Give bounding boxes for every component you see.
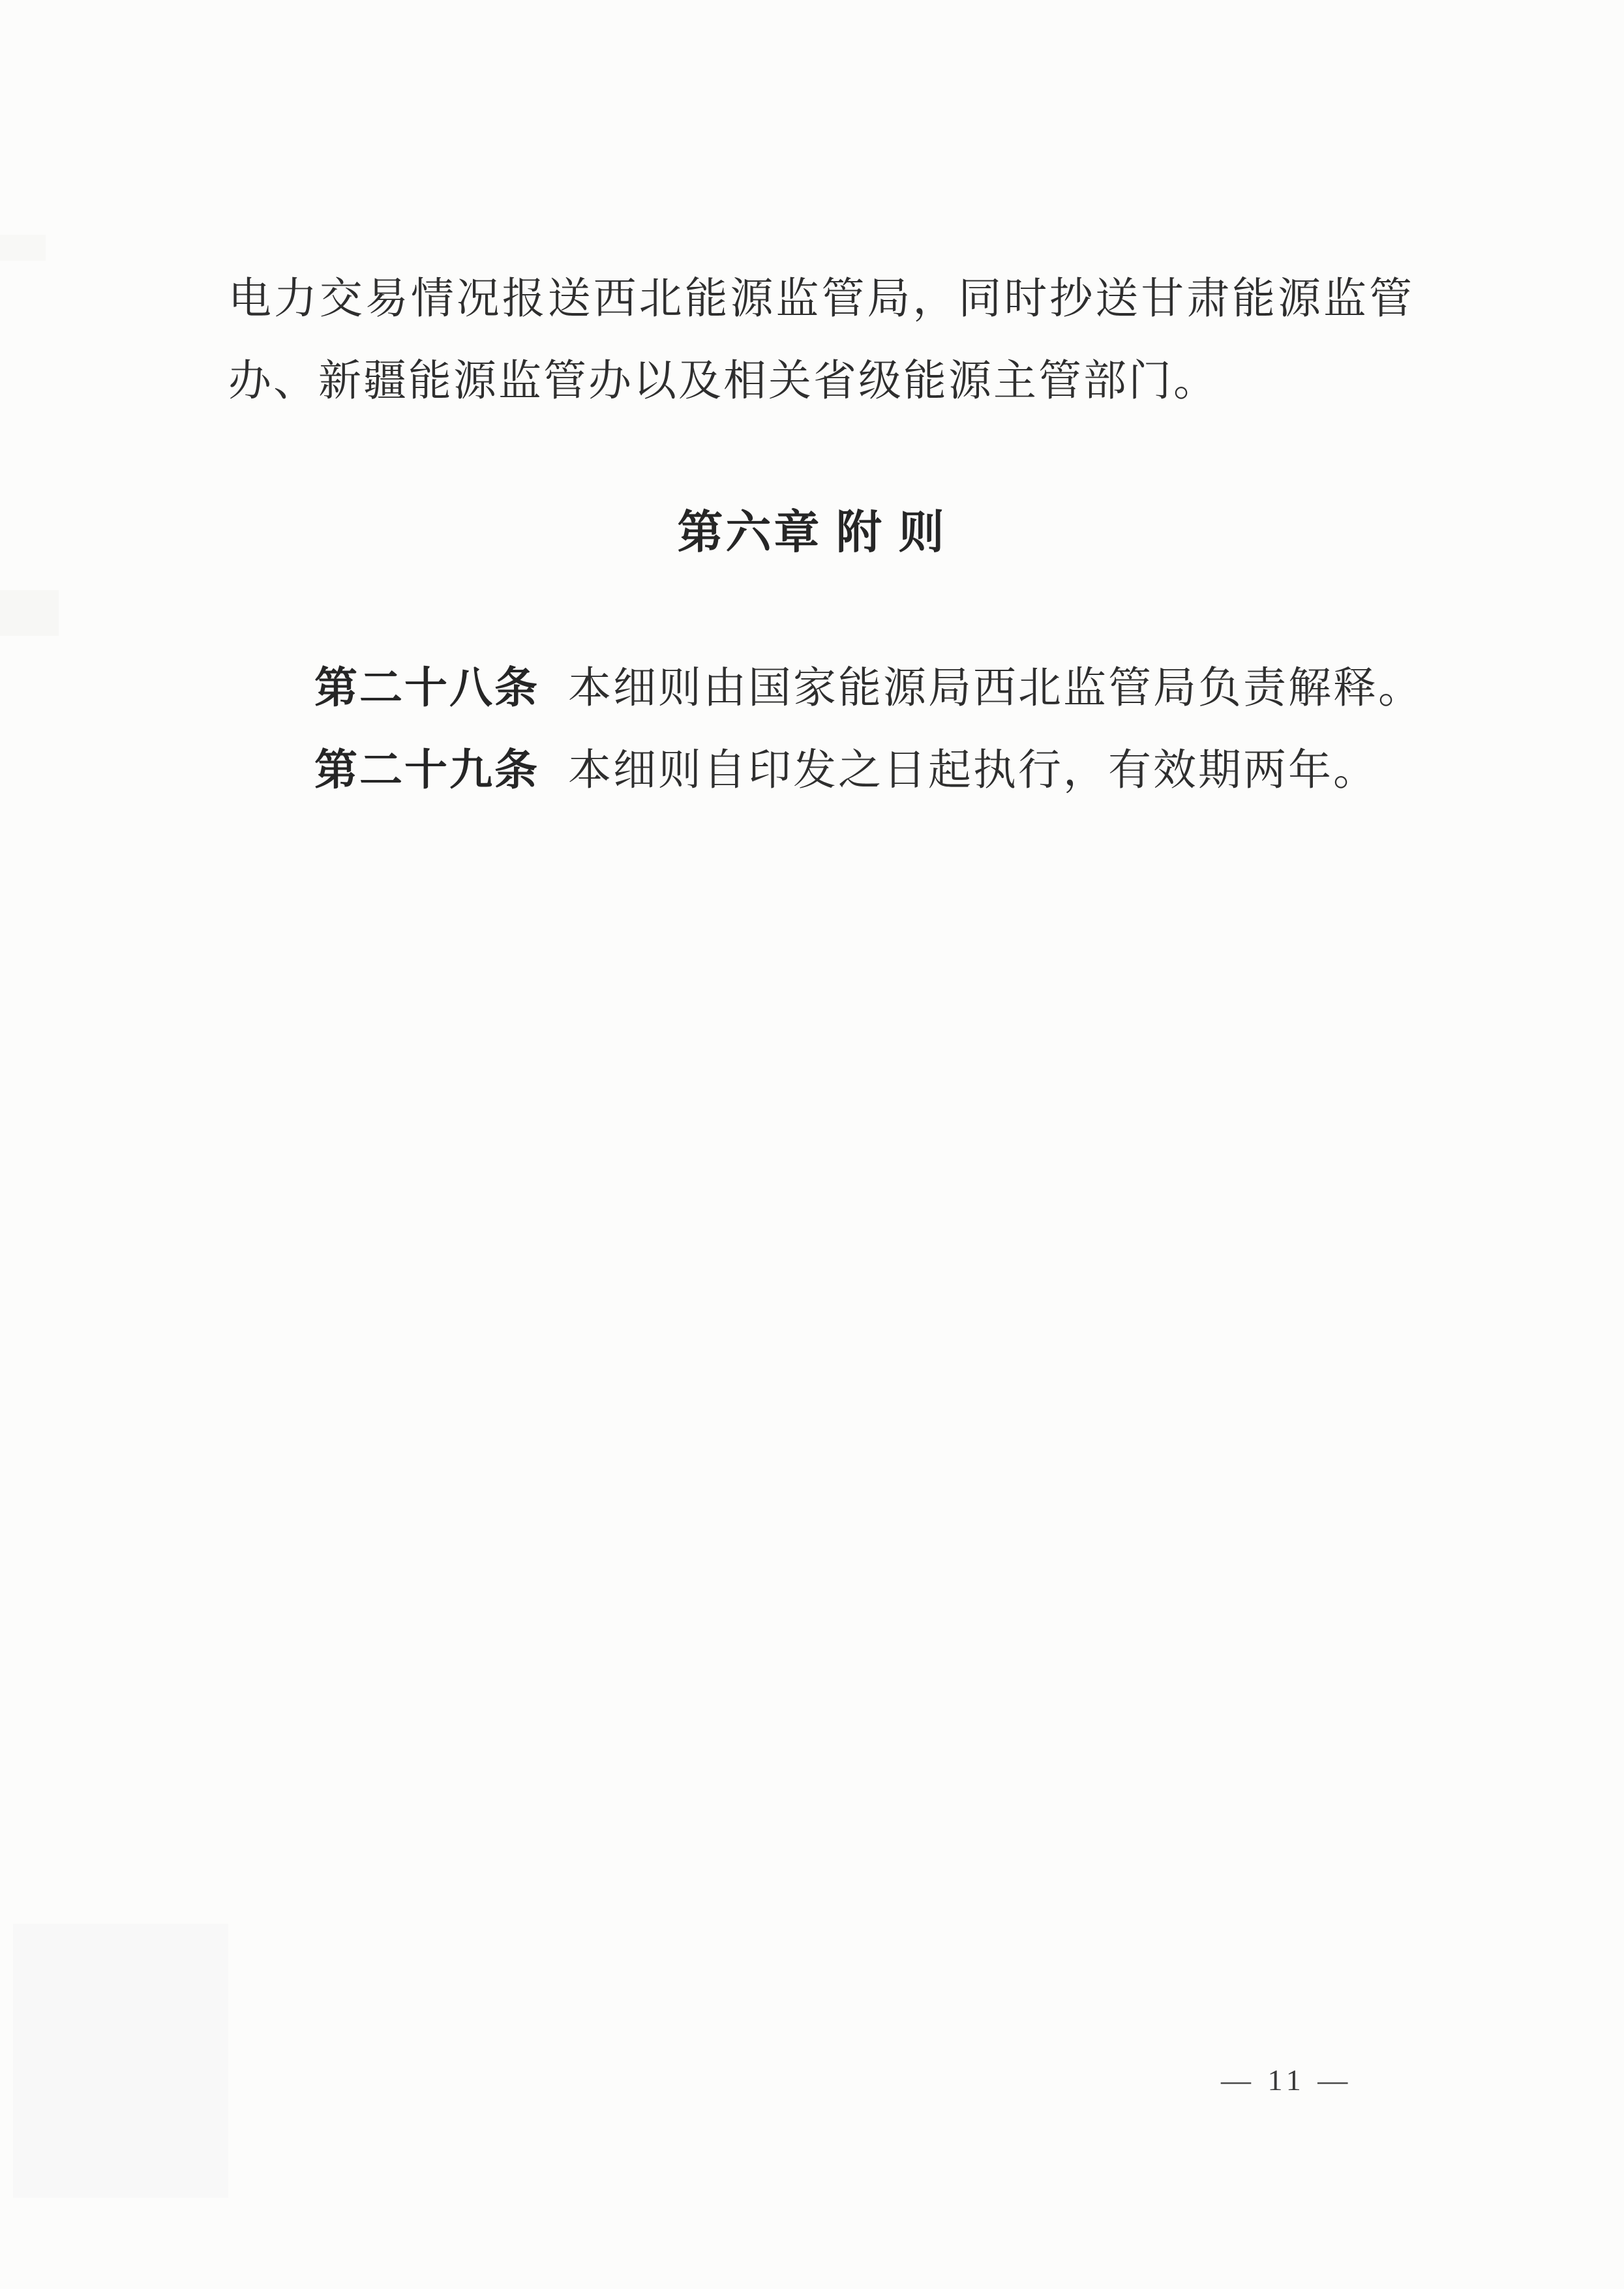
scan-artifact	[0, 590, 59, 636]
scan-artifact	[13, 1924, 228, 2198]
article-29-number: 第二十九条	[314, 747, 539, 794]
article-29-text: 本细则自印发之日起执行，有效期两年。	[568, 747, 1378, 794]
page-number: — 11 —	[1221, 2061, 1352, 2100]
scan-artifact	[0, 235, 46, 261]
article-29: 第二十九条本细则自印发之日起执行，有效期两年。	[228, 730, 1414, 812]
document-page: 电力交易情况报送西北能源监管局，同时抄送甘肃能源监管办、新疆能源监管办以及相关省…	[0, 0, 1624, 2289]
article-28-text: 本细则由国家能源局西北监管局负责解释。	[568, 665, 1423, 712]
paragraph-continuation: 电力交易情况报送西北能源监管局，同时抄送甘肃能源监管办、新疆能源监管办以及相关省…	[228, 258, 1414, 423]
article-28: 第二十八条本细则由国家能源局西北监管局负责解释。	[228, 648, 1414, 730]
chapter-heading: 第六章 附 则	[0, 507, 1624, 560]
article-28-number: 第二十八条	[314, 665, 539, 712]
articles-block: 第二十八条本细则由国家能源局西北监管局负责解释。 第二十九条本细则自印发之日起执…	[228, 648, 1414, 812]
